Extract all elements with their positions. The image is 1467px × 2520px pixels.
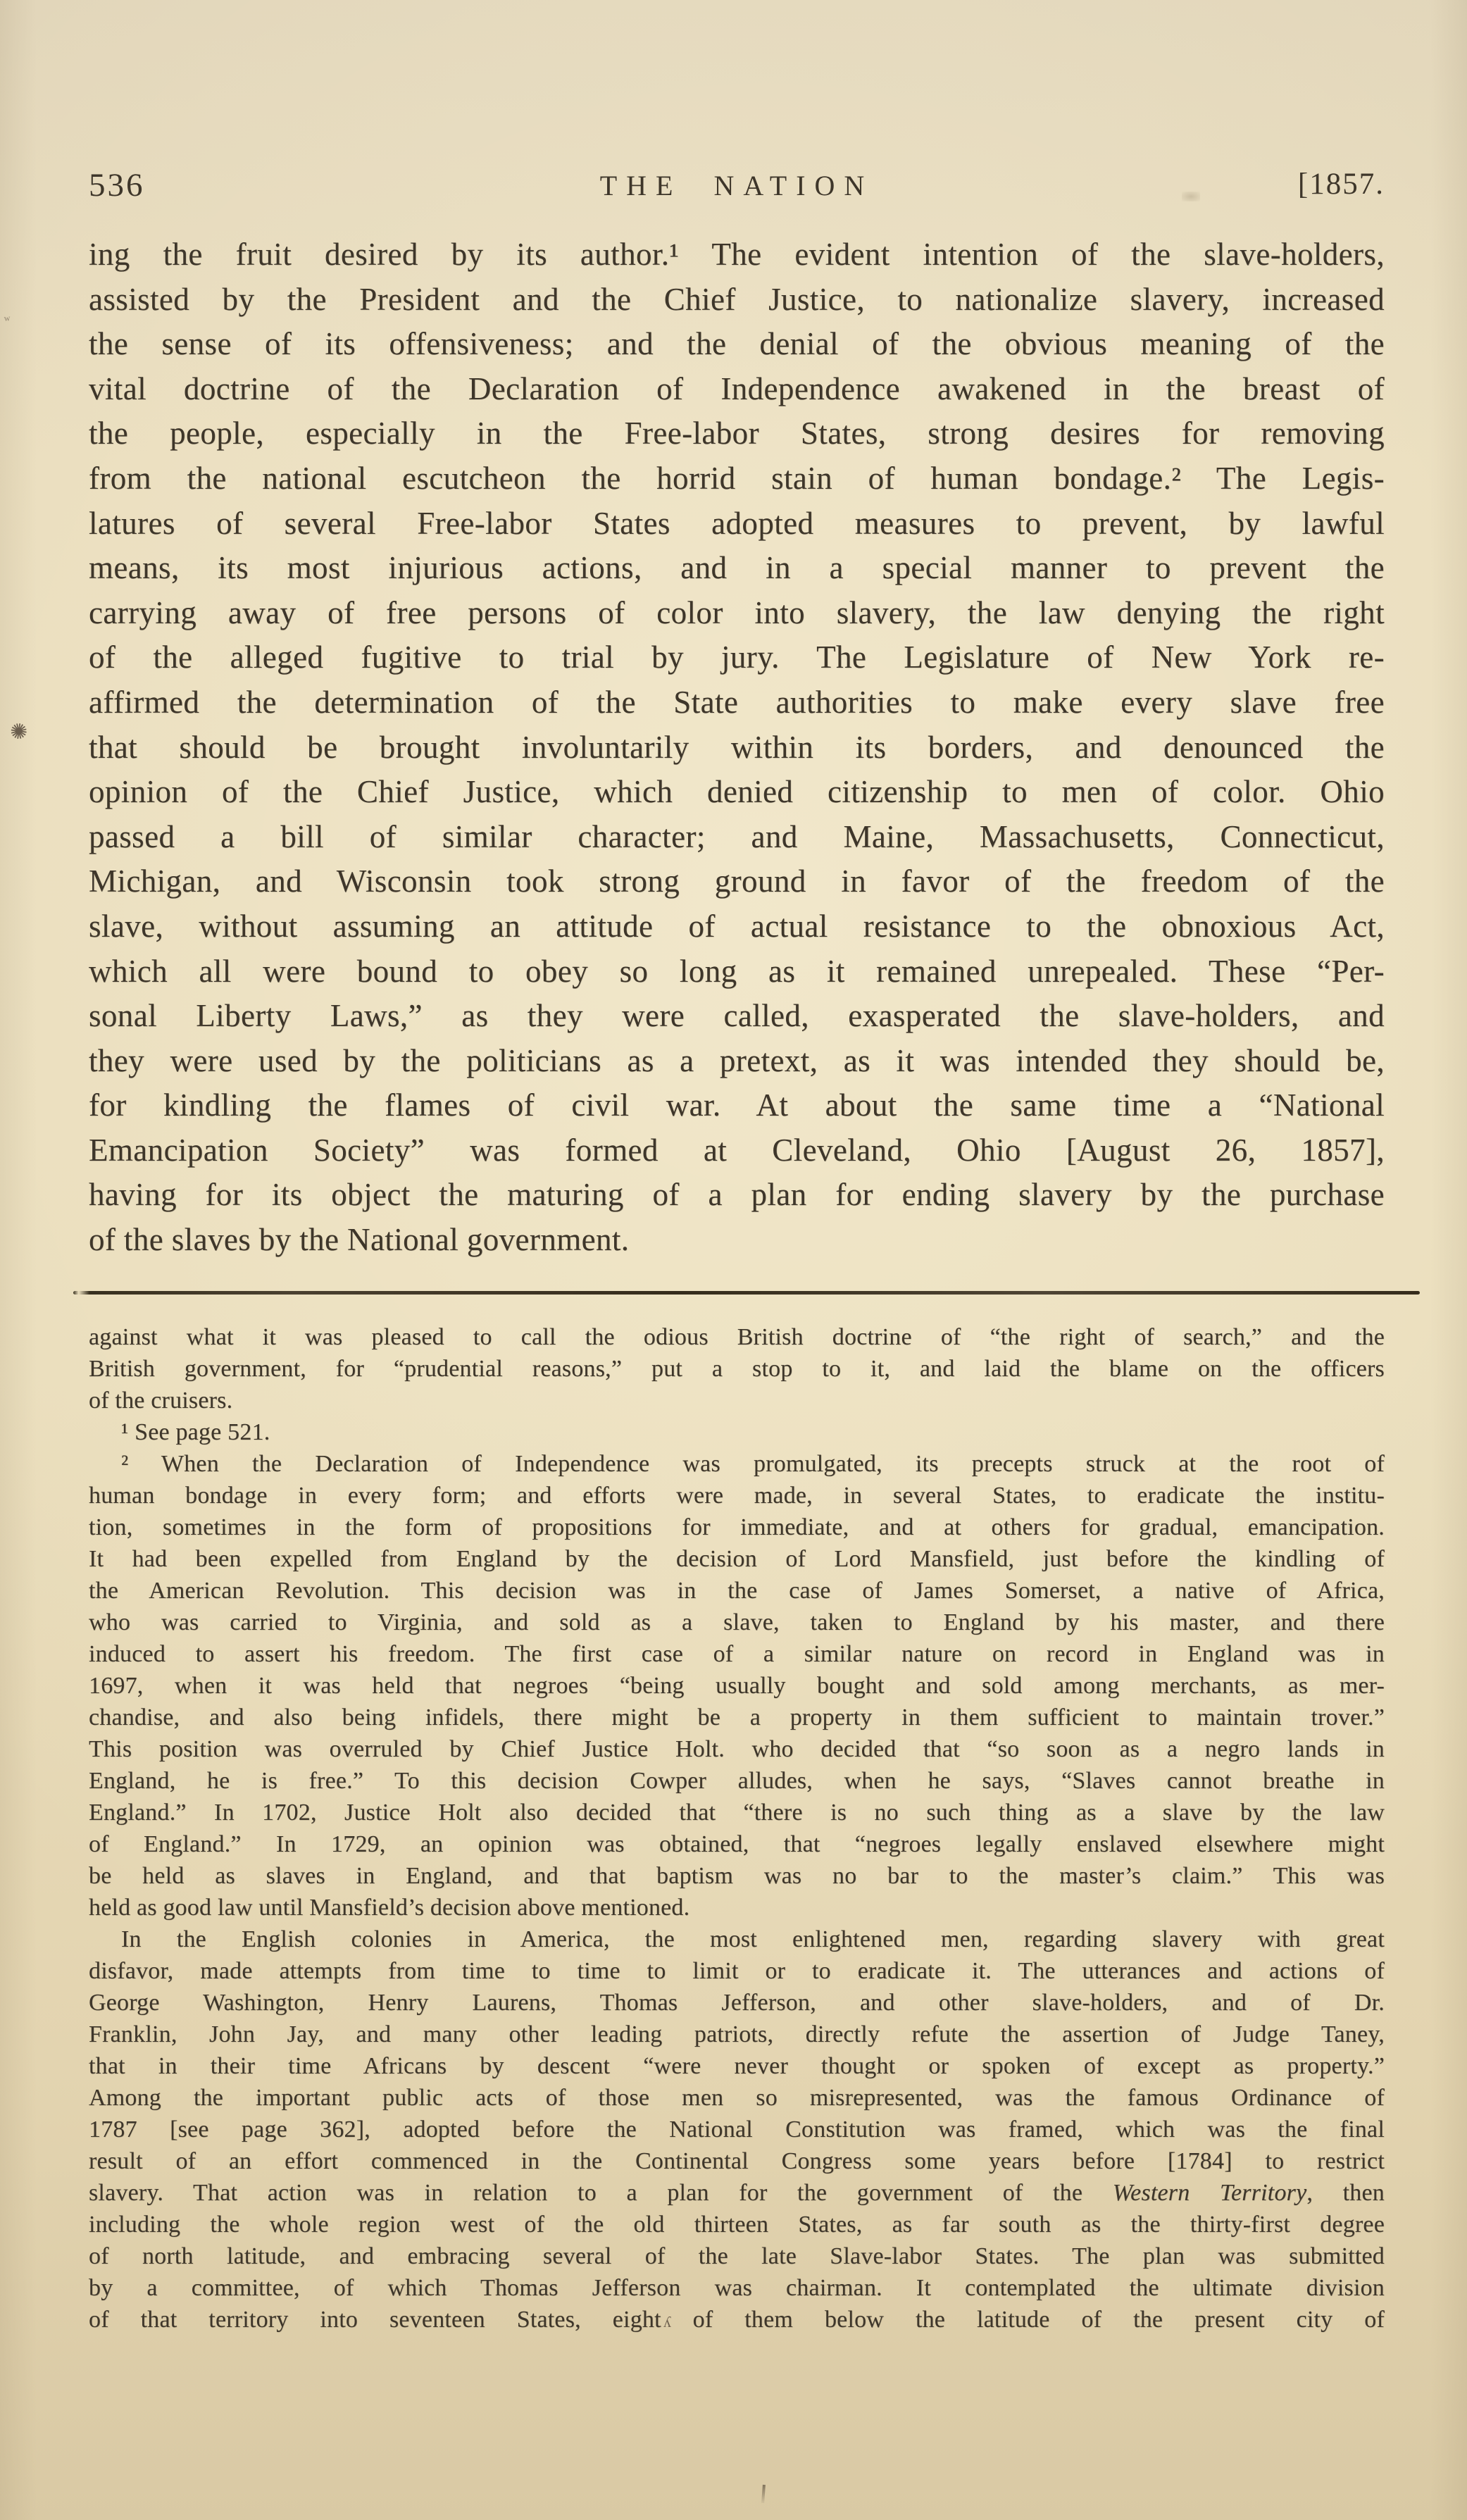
text-line: that in their time Africans by descent “… — [89, 2050, 1385, 2082]
text-line: induced to assert his freedom. The first… — [89, 1638, 1385, 1670]
text-line: tion, sometimes in the form of propositi… — [89, 1511, 1385, 1543]
text-line: ing the fruit desired by its author.¹ Th… — [89, 232, 1385, 277]
text-line: of the slaves by the National government… — [89, 1218, 1385, 1263]
text-line: result of an effort commenced in the Con… — [89, 2145, 1385, 2177]
text-line: against what it was pleased to call the … — [89, 1321, 1385, 1353]
ink-speck — [761, 2485, 766, 2503]
page-header: 536 THE NATION [1857. — [89, 166, 1385, 208]
text-line: the sense of its offensiveness; and the … — [89, 322, 1385, 367]
text-line: passed a bill of similar character; and … — [89, 815, 1385, 860]
text-line: affirmed the determination of the State … — [89, 680, 1385, 725]
text-line: opinion of the Chief Justice, which deni… — [89, 770, 1385, 815]
paper-smudge — [1182, 192, 1200, 201]
text-line: of that territory into seventeen States,… — [89, 2304, 1385, 2335]
text-line: sonal Liberty Laws,” as they were called… — [89, 994, 1385, 1039]
text-line: Emancipation Society” was formed at Clev… — [89, 1128, 1385, 1173]
text-line: human bondage in every form; and efforts… — [89, 1480, 1385, 1511]
text-line: of England.” In 1729, an opinion was obt… — [89, 1828, 1385, 1860]
text-line: Michigan, and Wisconsin took strong grou… — [89, 859, 1385, 904]
footnotes: against what it was pleased to call the … — [89, 1321, 1385, 2335]
text-line: 1787 [see page 362], adopted before the … — [89, 2114, 1385, 2145]
text-line: Franklin, John Jay, and many other leadi… — [89, 2019, 1385, 2050]
text-line: who was carried to Virginia, and sold as… — [89, 1607, 1385, 1638]
text-line: the American Revolution. This decision w… — [89, 1575, 1385, 1607]
text-line: held as good law until Mansfield’s decis… — [89, 1892, 1385, 1923]
italic-text: Western Territory — [1113, 2180, 1307, 2206]
body-text: ing the fruit desired by its author.¹ Th… — [89, 232, 1385, 1263]
text-line: of the alleged fugitive to trial by jury… — [89, 635, 1385, 680]
text-line: chandise, and also being infidels, there… — [89, 1702, 1385, 1733]
text-line: be held as slaves in England, and that b… — [89, 1860, 1385, 1892]
text-line: In the English colonies in America, the … — [89, 1923, 1385, 1955]
text-line: slave, without assuming an attitude of a… — [89, 904, 1385, 949]
text-line: the people, especially in the Free-labor… — [89, 411, 1385, 456]
text-line: 1697, when it was held that negroes “bei… — [89, 1670, 1385, 1702]
text-line: Among the important public acts of those… — [89, 2082, 1385, 2114]
text-line: for kindling the flames of civil war. At… — [89, 1083, 1385, 1128]
text-line: assisted by the President and the Chief … — [89, 277, 1385, 323]
text-line: which all were bound to obey so long as … — [89, 949, 1385, 994]
text-line: vital doctrine of the Declaration of Ind… — [89, 367, 1385, 412]
text-line: they were used by the politicians as a p… — [89, 1039, 1385, 1084]
text-line: means, its most injurious actions, and i… — [89, 546, 1385, 591]
text-segment: , then — [1306, 2180, 1385, 2206]
year-label: [1857. — [1298, 167, 1385, 201]
text-line: of north latitude, and embracing several… — [89, 2240, 1385, 2272]
text-line: British government, for “prudential reas… — [89, 1353, 1385, 1385]
text-line: England, he is free.” To this decision C… — [89, 1765, 1385, 1797]
text-line: This position was overruled by Chief Jus… — [89, 1733, 1385, 1765]
text-line: latures of several Free-labor States ado… — [89, 501, 1385, 547]
ink-speck: ✺ — [8, 718, 30, 745]
text-line: having for its object the maturing of a … — [89, 1173, 1385, 1218]
text-line: including the whole region west of the o… — [89, 2209, 1385, 2240]
book-page: 536 THE NATION [1857. ing the fruit desi… — [0, 0, 1467, 2520]
text-line: from the national escutcheon the horrid … — [89, 456, 1385, 501]
text-segment: slavery. That action was in relation to … — [89, 2180, 1113, 2206]
text-line: ² When the Declaration of Independence w… — [89, 1448, 1385, 1480]
text-line: George Washington, Henry Laurens, Thomas… — [89, 1987, 1385, 2019]
text-line: disfavor, made attempts from time to tim… — [89, 1955, 1385, 1987]
text-line: of the cruisers. — [89, 1385, 1385, 1416]
text-line: ¹ See page 521. — [89, 1416, 1385, 1448]
ink-speck: ʷ — [4, 313, 11, 330]
footnote-separator-rule — [73, 1291, 1420, 1295]
text-line: carrying away of free persons of color i… — [89, 591, 1385, 636]
text-line: It had been expelled from England by the… — [89, 1543, 1385, 1575]
text-line: by a committee, of which Thomas Jefferso… — [89, 2272, 1385, 2304]
text-line: that should be brought involuntarily wit… — [89, 725, 1385, 771]
caret-mark: ʎ — [663, 2313, 671, 2331]
text-line: slavery. That action was in relation to … — [89, 2177, 1385, 2209]
text-line: England.” In 1702, Justice Holt also dec… — [89, 1797, 1385, 1828]
